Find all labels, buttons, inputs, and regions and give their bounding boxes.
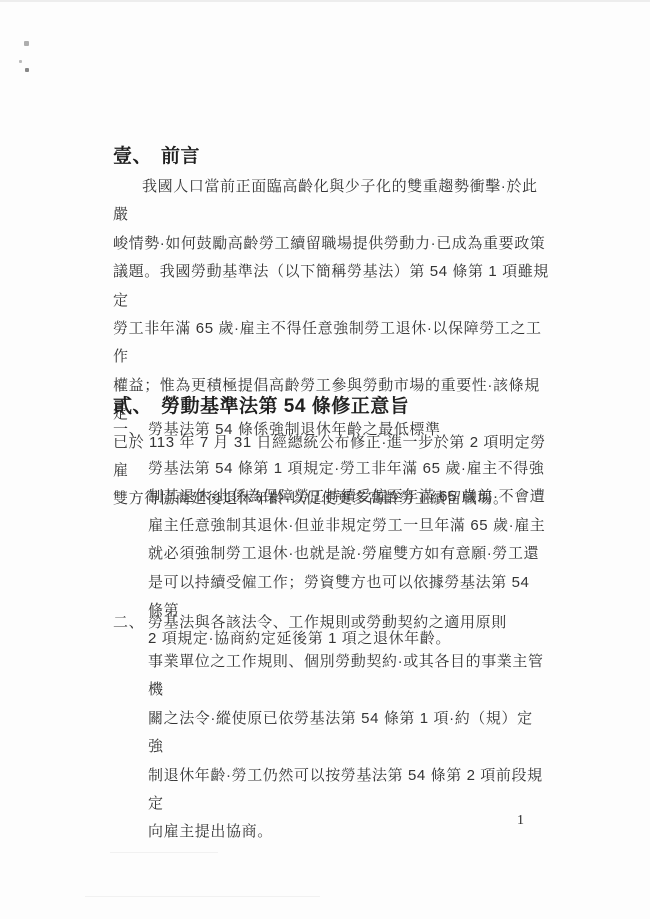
section-title: 勞動基準法第 54 條修正意旨 <box>161 394 409 420</box>
section-marker: 貳、 <box>113 394 152 420</box>
scan-speck-artifact <box>19 60 22 63</box>
section-heading-amendment-intent: 貳、 勞動基準法第 54 條修正意旨 <box>113 394 409 420</box>
scan-streak-artifact <box>85 896 320 897</box>
scan-speck-artifact <box>24 41 29 46</box>
list-item-title: 勞基法第 54 條係強制退休年齡之最低標準 <box>148 419 441 441</box>
list-item-title: 勞基法與各該法令、工作規則或勞動契約之適用原則 <box>148 612 507 634</box>
list-item-marker: 一、 <box>113 419 148 441</box>
scan-speck-artifact <box>25 68 29 72</box>
scan-top-edge-artifact <box>0 0 650 2</box>
scanned-document-page: 壹、 前言 我國人口當前正面臨高齡化與少子化的雙重趨勢衝擊·於此嚴 峻情勢·如何… <box>0 0 650 919</box>
list-item-2-heading: 二、 勞基法與各該法令、工作規則或勞動契約之適用原則 <box>113 612 507 634</box>
section-heading-foreword: 壹、 前言 <box>113 144 200 170</box>
list-item-marker: 二、 <box>113 612 148 634</box>
list-item-1-heading: 一、 勞基法第 54 條係強制退休年齡之最低標準 <box>113 419 441 441</box>
list-item-2-paragraph: 事業單位之工作規則、個別勞動契約·或其各目的事業主管機 關之法令·縱使原已依勞基… <box>148 648 548 847</box>
scan-streak-artifact <box>110 852 218 853</box>
page-number: 1 <box>517 813 524 829</box>
section-title: 前言 <box>161 144 200 170</box>
section-marker: 壹、 <box>113 144 152 170</box>
